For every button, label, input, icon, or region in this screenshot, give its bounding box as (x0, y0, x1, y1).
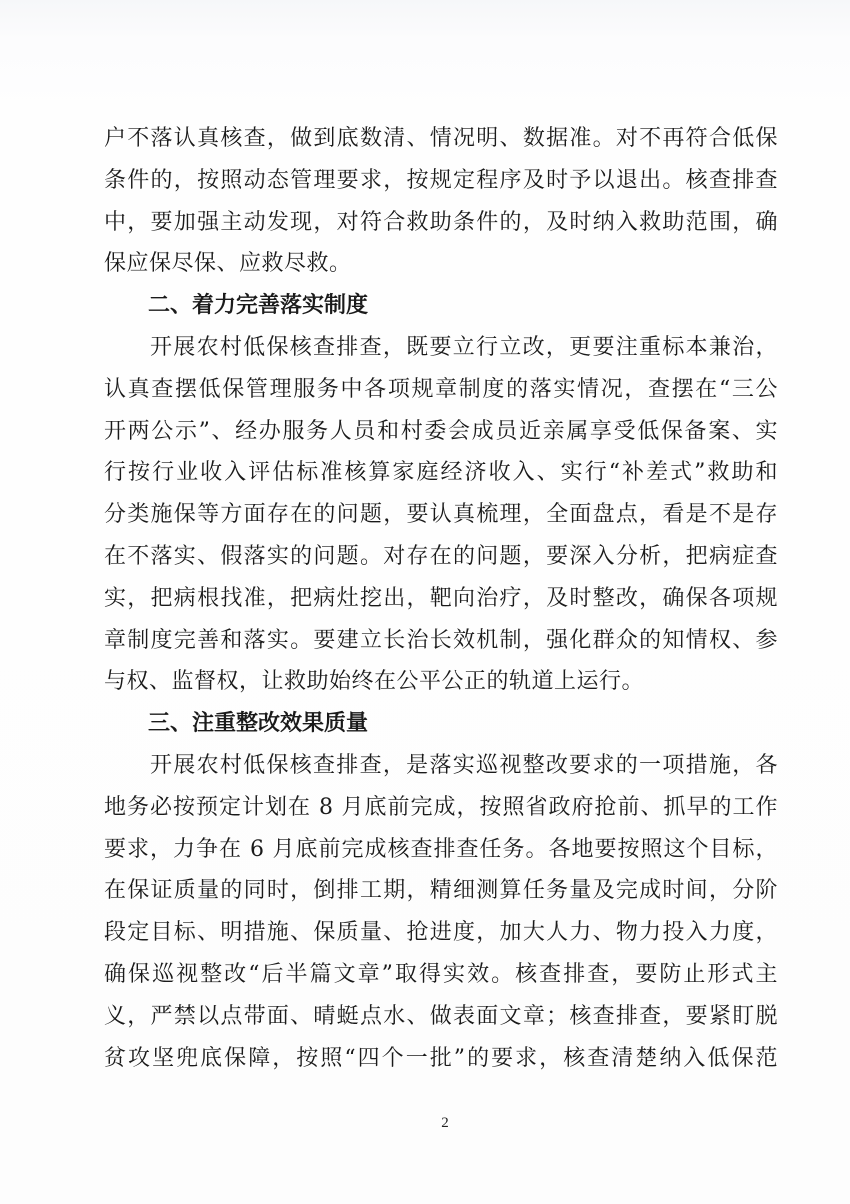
paragraph-line: 段定目标、明措施、保质量、抢进度，加大人力、物力投入力度， (104, 912, 778, 954)
paragraph-line: 在保证质量的同时，倒排工期，精细测算任务量及完成时间，分阶 (104, 870, 778, 912)
paragraph-line: 开两公示”、经办服务人员和村委会成员近亲属享受低保备案、实 (104, 411, 778, 453)
paragraph-line: 贫攻坚兜底保障，按照“四个一批”的要求，核查清楚纳入低保范 (104, 1038, 778, 1080)
paragraph-line: 户不落认真核查，做到底数清、情况明、数据准。对不再符合低保 (104, 118, 778, 160)
section-heading-2: 二、着力完善落实制度 (104, 285, 778, 327)
paragraph-line: 分类施保等方面存在的问题，要认真梳理，全面盘点，看是不是存 (104, 494, 778, 536)
paragraph-line: 行按行业收入评估标准核算家庭经济收入、实行“补差式”救助和 (104, 452, 778, 494)
paragraph-line: 章制度完善和落实。要建立长治长效机制，强化群众的知情权、参 (104, 620, 778, 662)
paragraph-line: 义，严禁以点带面、晴蜓点水、做表面文章；核查排查，要紧盯脱 (104, 996, 778, 1038)
page-number: 2 (0, 1115, 850, 1132)
paragraph-line: 开展农村低保核查排查，是落实巡视整改要求的一项措施，各 (104, 745, 778, 787)
paragraph-line: 要求，力争在 6 月底前完成核查排查任务。各地要按照这个目标， (104, 829, 778, 871)
paragraph-line: 条件的，按照动态管理要求，按规定程序及时予以退出。核查排查 (104, 160, 778, 202)
document-body: 户不落认真核查，做到底数清、情况明、数据准。对不再符合低保 条件的，按照动态管理… (104, 118, 778, 1079)
paragraph-line: 实，把病根找准，把病灶挖出，靶向治疗，及时整改，确保各项规 (104, 578, 778, 620)
paragraph-line: 保应保尽保、应救尽救。 (104, 243, 778, 285)
paragraph-line: 中，要加强主动发现，对符合救助条件的，及时纳入救助范围，确 (104, 202, 778, 244)
paragraph-line: 与权、监督权，让救助始终在公平公正的轨道上运行。 (104, 661, 778, 703)
paragraph-line: 地务必按预定计划在 8 月底前完成，按照省政府抢前、抓早的工作 (104, 787, 778, 829)
paragraph-line: 开展农村低保核查排查，既要立行立改，更要注重标本兼治， (104, 327, 778, 369)
section-heading-3: 三、注重整改效果质量 (104, 703, 778, 745)
paragraph-line: 认真查摆低保管理服务中各项规章制度的落实情况，查摆在“三公 (104, 369, 778, 411)
paragraph-line: 确保巡视整改“后半篇文章”取得实效。核查排查，要防止形式主 (104, 954, 778, 996)
document-page: 户不落认真核查，做到底数清、情况明、数据准。对不再符合低保 条件的，按照动态管理… (0, 0, 850, 1204)
paragraph-line: 在不落实、假落实的问题。对存在的问题，要深入分析，把病症查 (104, 536, 778, 578)
